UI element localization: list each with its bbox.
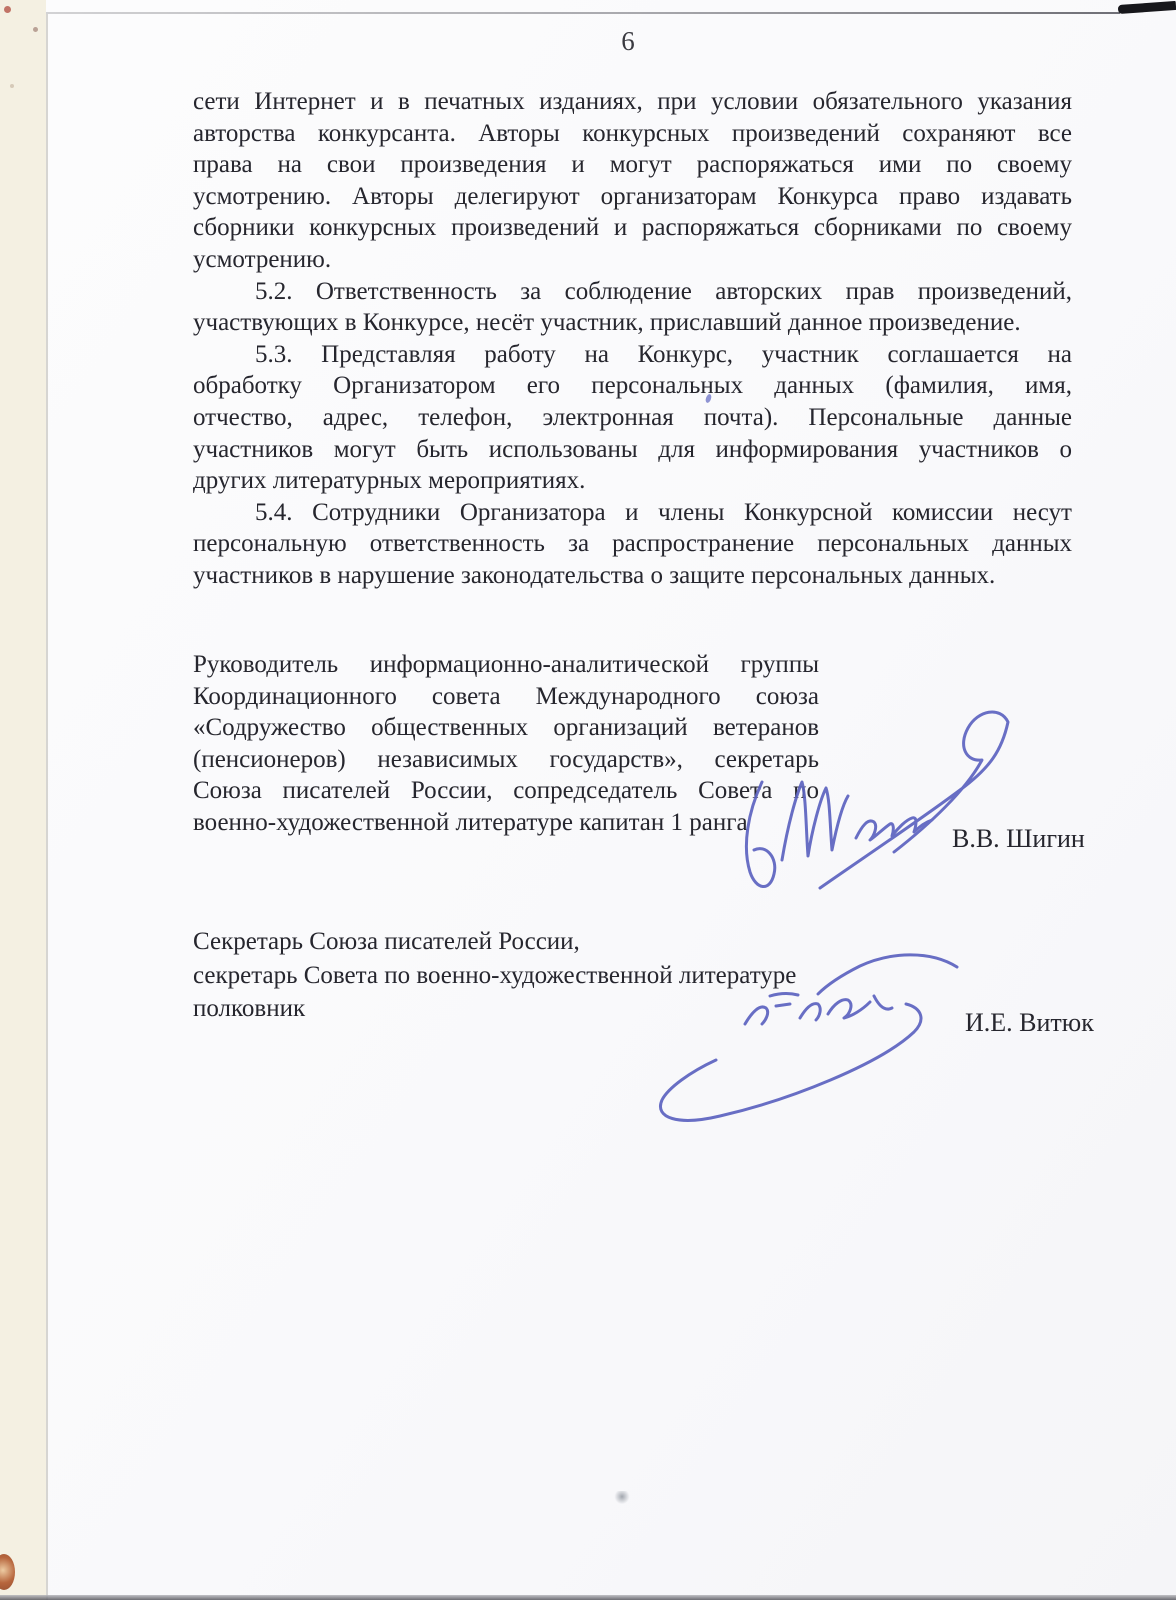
paper-speck: [10, 84, 14, 88]
text-line: авторства конкурсанта. Авторы конкурсных…: [193, 118, 1072, 150]
clause-5-2-line: 5.2. Ответственность за соблюдение автор…: [193, 276, 1072, 308]
page-number: 6: [563, 26, 693, 57]
text-line: Союза писателей России, сопредседатель С…: [193, 775, 819, 807]
text-line: сборники конкурсных произведений и распо…: [193, 212, 1072, 244]
paper-speck: [4, 6, 11, 13]
signatory-1-name: В.В. Шигин: [952, 824, 1085, 854]
pencil-smudge: [614, 1491, 630, 1505]
signatory-2-name: И.Е. Витюк: [965, 1008, 1094, 1038]
signatory-1-title: Руководитель информационно-аналитической…: [193, 649, 819, 838]
text-line: других литературных мероприятиях.: [193, 465, 1072, 497]
text-line: отчество, адрес, телефон, электронная по…: [193, 402, 1072, 434]
text-line: полковник: [193, 992, 873, 1026]
text-line: участников могут быть использованы для и…: [193, 434, 1072, 466]
scanned-document: { "scan": { "page_number": "6", "ink_col…: [0, 0, 1176, 1600]
text-line: усмотрению. Авторы делегируют организато…: [193, 181, 1072, 213]
text-line: Секретарь Союза писателей России,: [193, 925, 873, 959]
scan-edge-blot: [0, 1554, 15, 1590]
text-line: права на свои произведения и могут распо…: [193, 149, 1072, 181]
text-line: усмотрению.: [193, 244, 1072, 276]
page-top-edge: [46, 12, 1120, 14]
scan-bottom-band: [0, 1595, 1176, 1600]
text-line: обработку Организатором его персональных…: [193, 370, 1072, 402]
text-line: Координационного совета Международного с…: [193, 681, 819, 713]
body-text: сети Интернет и в печатных изданиях, при…: [193, 86, 1072, 592]
paper-speck: [33, 27, 38, 32]
text-line: «Содружество общественных организаций ве…: [193, 712, 819, 744]
text-line: участвующих в Конкурсе, несёт участник, …: [193, 307, 1072, 339]
text-line: сети Интернет и в печатных изданиях, при…: [193, 86, 1072, 118]
page-left-edge: [46, 12, 48, 1600]
text-line: участников в нарушение законодательства …: [193, 560, 1072, 592]
clause-5-4-line: 5.4. Сотрудники Организатора и члены Кон…: [193, 497, 1072, 529]
text-line: военно-художественной литературе капитан…: [193, 807, 819, 839]
text-line: Руководитель информационно-аналитической…: [193, 649, 819, 681]
signatory-2-title: Секретарь Союза писателей России, секрет…: [193, 925, 873, 1026]
text-line: (пенсионеров) независимых государств», с…: [193, 744, 819, 776]
clause-5-3-line: 5.3. Представляя работу на Конкурс, учас…: [193, 339, 1072, 371]
text-line: персональную ответственность за распрост…: [193, 528, 1072, 560]
text-line: секретарь Совета по военно-художественно…: [193, 959, 873, 993]
